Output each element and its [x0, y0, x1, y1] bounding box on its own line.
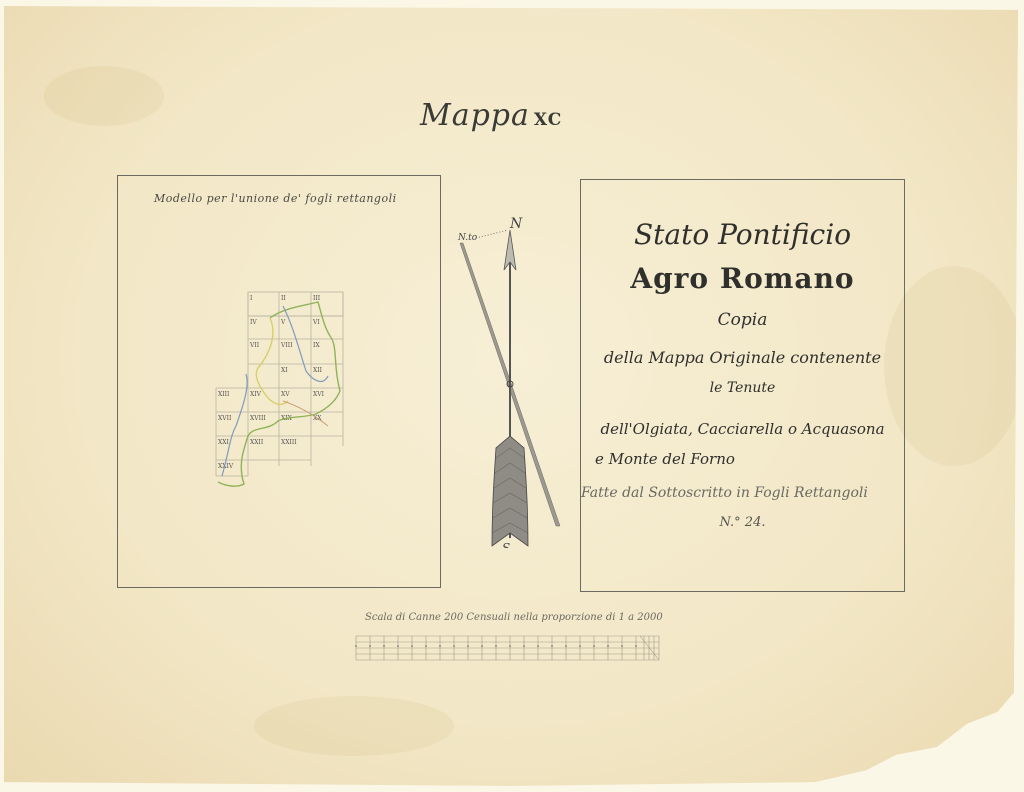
svg-text:IX: IX: [313, 342, 320, 349]
svg-text:VIII: VIII: [280, 342, 293, 349]
cartouche-author: Fatte dal Sottoscritto in Fogli Rettango…: [581, 485, 904, 501]
north-label: N: [509, 216, 523, 232]
svg-text:XVIII: XVIII: [250, 415, 266, 422]
svg-text:XVII: XVII: [218, 415, 232, 422]
title-cartouche: Stato Pontificio Agro Romano Copia della…: [580, 179, 905, 592]
svg-text:XI: XI: [281, 367, 288, 374]
cartouche-state: Stato Pontificio: [581, 218, 904, 251]
cartouche-description: della Mappa Originale contenente: [581, 348, 904, 367]
svg-text:I: I: [250, 295, 253, 302]
svg-text:XII: XII: [313, 367, 323, 374]
cartouche-estates-2: e Monte del Forno: [581, 450, 904, 468]
title-text: Mappa: [420, 98, 530, 133]
svg-text:XVI: XVI: [313, 391, 325, 398]
svg-text:XXIV: XXIV: [218, 463, 234, 470]
svg-text:IV: IV: [250, 319, 257, 326]
compass-arrow: N.to N S: [448, 208, 568, 548]
cartouche-estates: dell'Olgiata, Cacciarella o Acquasona: [581, 420, 904, 438]
svg-text:V: V: [280, 319, 286, 326]
svg-text:VII: VII: [249, 342, 260, 349]
title-number: XC: [534, 110, 562, 130]
svg-text:XIV: XIV: [250, 391, 262, 398]
cartouche-estates-label: le Tenute: [581, 380, 904, 396]
svg-text:XXIII: XXIII: [281, 439, 297, 446]
map-title: MappaXC: [420, 98, 562, 133]
svg-text:II: II: [281, 295, 286, 302]
cartouche-copy: Copia: [581, 310, 904, 330]
svg-text:III: III: [313, 295, 321, 302]
svg-text:XIII: XIII: [218, 391, 230, 398]
paper-stain: [254, 696, 454, 756]
scale-caption: Scala di Canne 200 Censuali nella propor…: [365, 612, 663, 623]
paper-stain: [44, 66, 164, 126]
svg-text:XV: XV: [281, 391, 290, 398]
svg-text:XXI: XXI: [218, 439, 230, 446]
magnetic-north-label: N.to: [457, 233, 478, 243]
paper-stain: [884, 266, 1024, 466]
cartouche-region: Agro Romano: [581, 262, 904, 295]
svg-text:VI: VI: [312, 319, 320, 326]
scale-bar: [354, 626, 664, 666]
cartouche-number: N.° 24.: [581, 515, 904, 530]
index-map-frame: Modello per l'unione de' fogli rettangol…: [117, 175, 441, 588]
index-map-grid: IIIIII IVVVI VIIVIIIIX XIXII XIIIXIVXVXV…: [118, 176, 440, 587]
svg-text:XXII: XXII: [250, 439, 264, 446]
fletching-icon: [492, 436, 528, 546]
south-label: S: [502, 541, 510, 548]
